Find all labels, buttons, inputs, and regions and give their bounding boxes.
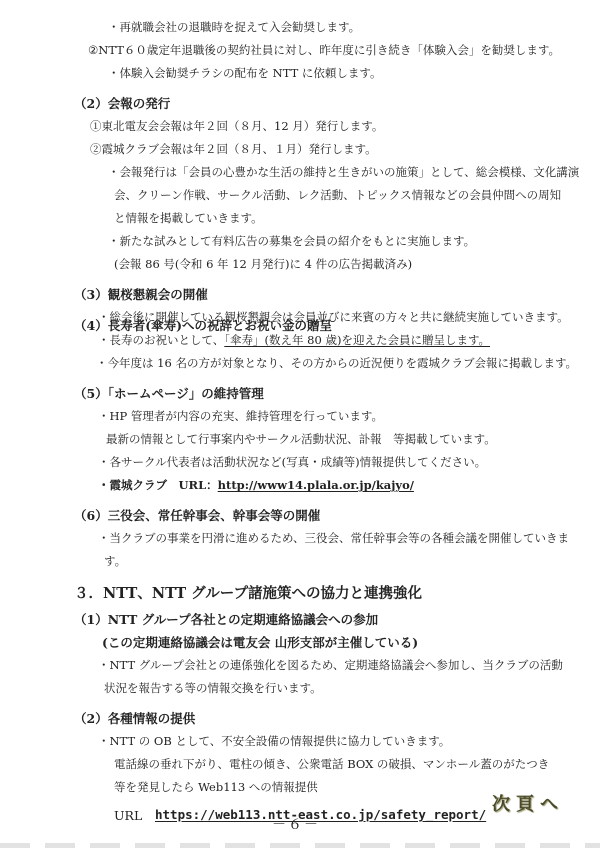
text-line: ・当クラブの事業を円滑に進めるため、三役会、常任幹事会等の各種会議を開催していき… xyxy=(98,533,569,545)
url-label: ・霞城クラブ URL： xyxy=(98,478,218,492)
text-line: 会、クリーン作戦、サークル活動、レク活動、トピックス情報などの会員仲間への周知 xyxy=(114,190,561,202)
text-line: ・体験入会勧奨チラシの配布を NTT に依頼します。 xyxy=(108,68,382,80)
text-prefix: ・長寿のお祝いとして、 xyxy=(98,333,224,347)
underlined-text: 「傘寿」(数え年 80 歳)を迎えた会員に贈呈します。 xyxy=(224,333,490,347)
text-line: (会報 86 号(令和 6 年 12 月発行)に 4 件の広告掲載済み) xyxy=(114,259,412,271)
text-line: 状況を報告する等の情報交換を行います。 xyxy=(104,683,322,695)
subsection-note: (この定期連絡協議会は電友会 山形支部が主催している) xyxy=(102,637,418,650)
text-line: ・会報発行は「会員の心豊かな生活の維持と生きがいの施策」として、総会模様、文化講… xyxy=(108,167,579,179)
text-line: ・霞城クラブ URL：http://www14.plala.or.jp/kajy… xyxy=(98,480,414,492)
text-line: ①東北電友会会報は年２回（８月、12 月）発行します。 xyxy=(90,121,383,133)
subsection-heading-1: （1）NTT グループ各社との定期連絡協議会への参加 xyxy=(74,614,378,627)
text-line: 電話線の垂れ下がり、電柱の傾き、公衆電話 BOX の破損、マンホール蓋のがたつき xyxy=(114,759,549,771)
text-line: ②NTT６０歳定年退職後の契約社員に対し、昨年度に引き続き「体験入会」を勧奨しま… xyxy=(88,45,560,57)
section-heading-3: （3）観桜懇親会の開催 xyxy=(74,289,208,302)
page-number: －６－ xyxy=(272,818,320,832)
next-page-stamp: 次頁へ xyxy=(492,796,564,814)
text-line: ・NTT の OB として、不安全設備の情報提供に協力していきます。 xyxy=(98,736,450,748)
text-line: 最新の情報として行事案内やサークル活動状況、訃報 等掲載しています。 xyxy=(106,434,496,446)
subsection-heading-2: （2）各種情報の提供 xyxy=(74,713,195,726)
safety-report-link[interactable]: https://web113.ntt-east.co.jp/safety_rep… xyxy=(155,809,486,822)
text-line: ・再就職会社の退職時を捉えて入会勧奨します。 xyxy=(108,22,360,34)
section-heading-4: （4）長寿者(傘寿)への祝辞とお祝い金の贈呈 xyxy=(74,320,332,333)
section-heading-2: （2）会報の発行 xyxy=(74,98,170,111)
section-heading-6: （6）三役会、常任幹事会、幹事会等の開催 xyxy=(74,510,320,523)
text-line: ・HP 管理者が内容の充実、維持管理を行っています。 xyxy=(98,411,383,423)
text-line: と情報を掲載していきます。 xyxy=(114,213,263,225)
text-line: ・今年度は 16 名の方が対象となり、その方からの近況便りを霞城クラブ会報に掲載… xyxy=(96,358,577,370)
text-line: ・各サークル代表者は活動状況など(写真・成績等)情報提供してください。 xyxy=(98,457,486,469)
homepage-link[interactable]: http://www14.plala.or.jp/kajyo/ xyxy=(218,478,414,492)
chapter-heading-3: ３．NTT、NTT グループ諸施策への協力と連携強化 xyxy=(74,587,422,602)
text-line: す。 xyxy=(104,556,126,568)
text-line: ②霞城クラブ会報は年２回（８月、１月）発行します。 xyxy=(90,144,377,156)
text-line: 等を発見したら Web113 への情報提供 xyxy=(114,782,318,794)
scan-edge-divider xyxy=(0,843,600,848)
text-line: ・NTT グループ会社との連係強化を図るため、定期連絡協議会へ参加し、当クラブの… xyxy=(98,660,563,672)
text-line: ・新たな試みとして有料広告の募集を会員の紹介をもとに実施します。 xyxy=(108,236,475,248)
text-line: ・長寿のお祝いとして、「傘寿」(数え年 80 歳)を迎えた会員に贈呈します。 xyxy=(98,335,490,347)
url-label: URL xyxy=(114,810,142,823)
section-heading-5: （5）「ホームページ」の維持管理 xyxy=(74,388,264,401)
